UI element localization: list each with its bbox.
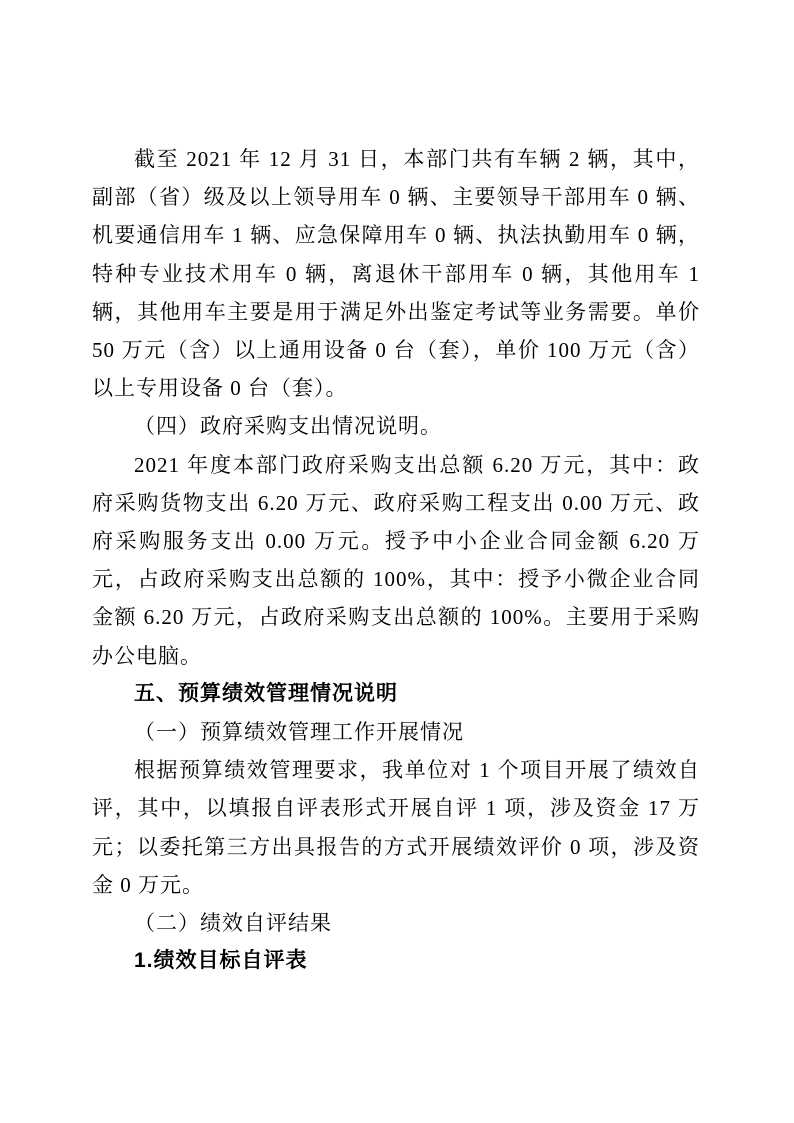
paragraph-vehicle-fleet: 截至 2021 年 12 月 31 日，本部门共有车辆 2 辆，其中，副部（省）… <box>92 140 700 407</box>
paragraph-procurement-details: 2021 年度本部门政府采购支出总额 6.20 万元，其中：政府采购货物支出 6… <box>92 446 700 675</box>
subheading-performance-work: （一）预算绩效管理工作开展情况 <box>92 713 700 751</box>
subheading-self-evaluation-results: （二）绩效自评结果 <box>92 904 700 942</box>
document-content: 截至 2021 年 12 月 31 日，本部门共有车辆 2 辆，其中，副部（省）… <box>92 140 700 980</box>
subheading-gov-procurement: （四）政府采购支出情况说明。 <box>92 407 700 445</box>
section-heading-budget-performance: 五、预算绩效管理情况说明 <box>92 675 700 713</box>
subheading-performance-target-table: 1.绩效目标自评表 <box>92 942 700 980</box>
document-page: 截至 2021 年 12 月 31 日，本部门共有车辆 2 辆，其中，副部（省）… <box>0 0 794 1123</box>
paragraph-performance-self-evaluation: 根据预算绩效管理要求，我单位对 1 个项目开展了绩效自评，其中，以填报自评表形式… <box>92 751 700 904</box>
